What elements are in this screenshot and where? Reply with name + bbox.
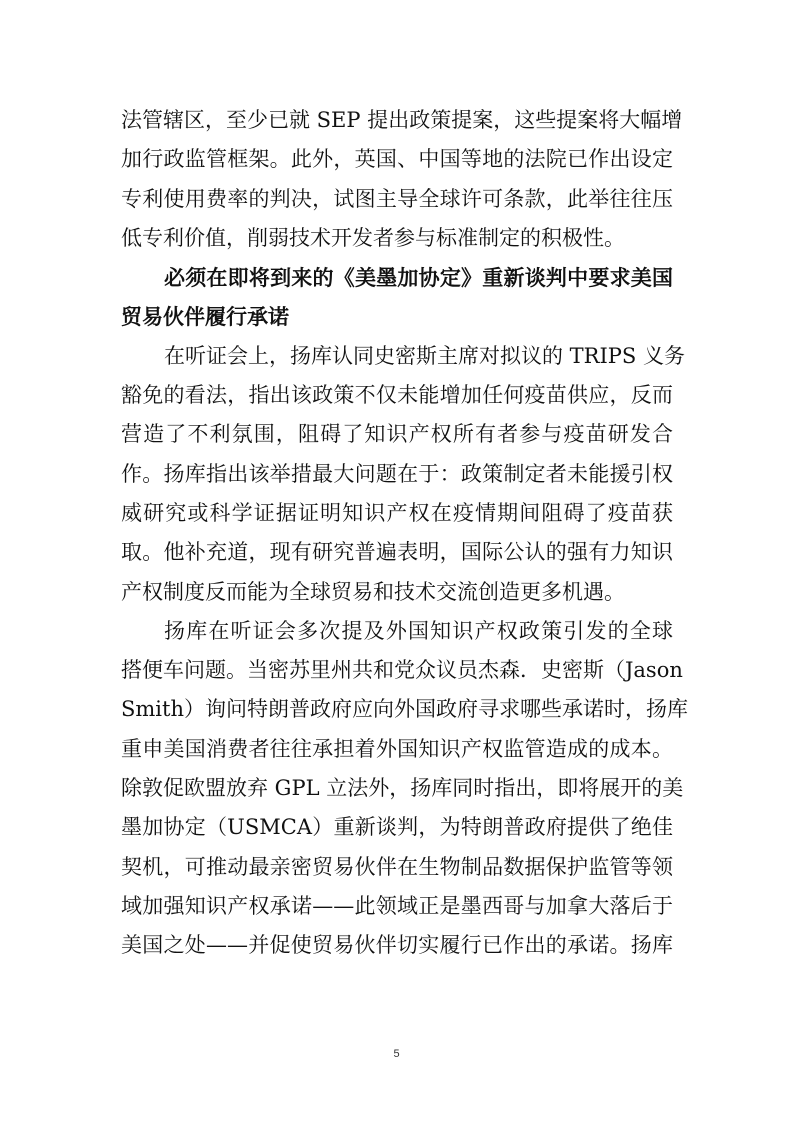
text-line: 在听证会上，扬库认同史密斯主席对拟议的 TRIPS 义务 [121,337,673,376]
text-line: 产权制度反而能为全球贸易和技术交流创造更多机遇。 [121,573,673,612]
text-line: 低专利价值，削弱技术开发者参与标准制定的积极性。 [121,219,673,258]
text-line: 取。他补充道，现有研究普遍表明，国际公认的强有力知识 [121,533,673,572]
text-line: 威研究或科学证据证明知识产权在疫情期间阻碍了疫苗获 [121,494,673,533]
text-line: 扬库在听证会多次提及外国知识产权政策引发的全球 [121,612,673,651]
text-line: 豁免的看法，指出该政策不仅未能增加任何疫苗供应，反而 [121,376,673,415]
text-line: 作。扬库指出该举措最大问题在于：政策制定者未能援引权 [121,455,673,494]
text-body: 法管辖区，至少已就 SEP 提出政策提案，这些提案将大幅增 加行政监管框架。此外… [121,101,673,966]
text-line: 搭便车问题。当密苏里州共和党众议员杰森．史密斯（Jason [121,651,673,690]
text-line: 墨加协定（USMCA）重新谈判，为特朗普政府提供了绝佳 [121,808,673,847]
document-page: 法管辖区，至少已就 SEP 提出政策提案，这些提案将大幅增 加行政监管框架。此外… [0,0,793,1122]
text-line: 营造了不利氛围，阻碍了知识产权所有者参与疫苗研发合 [121,415,673,454]
text-line: 除敦促欧盟放弃 GPL 立法外，扬库同时指出，即将展开的美 [121,769,673,808]
section-heading: 贸易伙伴履行承诺 [121,297,673,336]
text-line: 域加强知识产权承诺——此领域正是墨西哥与加拿大落后于 [121,887,673,926]
text-line: 专利使用费率的判决，试图主导全球许可条款，此举往往压 [121,180,673,219]
text-line: 重申美国消费者往往承担着外国知识产权监管造成的成本。 [121,730,673,769]
text-line: 契机，可推动最亲密贸易伙伴在生物制品数据保护监管等领 [121,848,673,887]
section-heading: 必须在即将到来的《美墨加协定》重新谈判中要求美国 [121,258,673,297]
text-line: 美国之处——并促使贸易伙伴切实履行已作出的承诺。扬库 [121,926,673,965]
text-line: Smith）询问特朗普政府应向外国政府寻求哪些承诺时，扬库 [121,690,673,729]
page-number: 5 [0,1048,793,1060]
text-line: 法管辖区，至少已就 SEP 提出政策提案，这些提案将大幅增 [121,101,673,140]
text-line: 加行政监管框架。此外，英国、中国等地的法院已作出设定 [121,140,673,179]
